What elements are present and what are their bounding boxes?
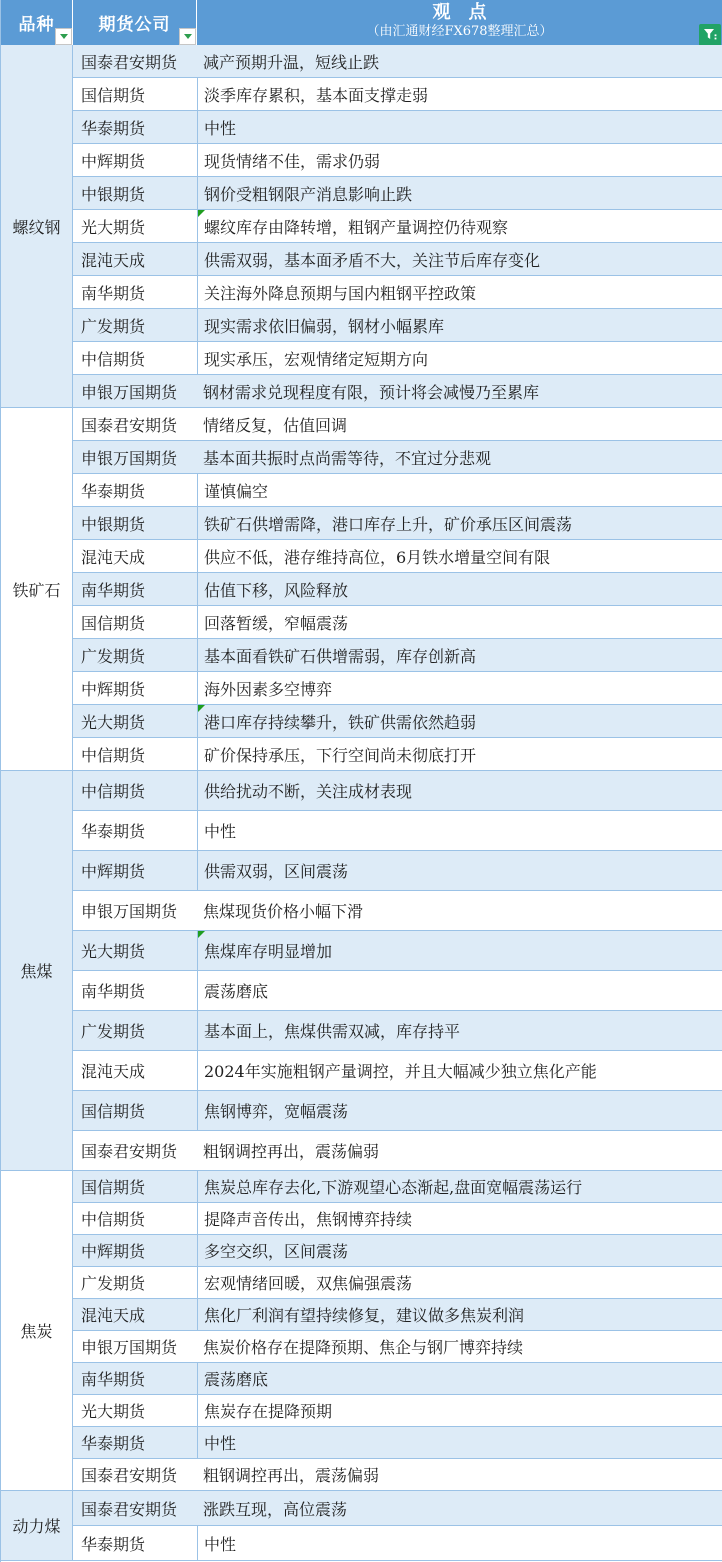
view-cell: 螺纹库存由降转增，粗钢产量调控仍待观察	[197, 210, 722, 243]
company-cell: 南华期货	[73, 573, 197, 606]
company-cell: 中辉期货	[73, 672, 197, 705]
view-cell: 基本面看铁矿石供增需弱，库存创新高	[197, 639, 722, 672]
view-cell: 焦化厂利润有望持续修复，建议做多焦炭利润	[197, 1299, 722, 1331]
company-cell: 国信期货	[73, 1171, 197, 1203]
view-cell: 钢材需求兑现程度有限，预计将会减慢乃至累库	[197, 375, 722, 408]
company-cell: 南华期货	[73, 1363, 197, 1395]
variety-cell: 焦炭	[1, 1171, 73, 1491]
view-cell: 关注海外降息预期与国内粗钢平控政策	[197, 276, 722, 309]
view-cell: 涨跌互现，高位震荡	[197, 1491, 722, 1526]
view-cell: 海外因素多空博弈	[197, 672, 722, 705]
view-cell: 多空交织，区间震荡	[197, 1235, 722, 1267]
view-cell: 提降声音传出，焦钢博弈持续	[197, 1203, 722, 1235]
view-cell: 减产预期升温，短线止跌	[197, 45, 722, 78]
company-cell: 国泰君安期货	[73, 1131, 197, 1171]
view-cell: 钢价受粗钢限产消息影响止跌	[197, 177, 722, 210]
view-cell: 中性	[197, 1526, 722, 1561]
view-cell: 中性	[197, 811, 722, 851]
view-cell: 供应不低，港存维持高位，6月铁水增量空间有限	[197, 540, 722, 573]
company-cell: 中辉期货	[73, 851, 197, 891]
view-cell: 谨慎偏空	[197, 474, 722, 507]
view-cell: 供给扰动不断，关注成材表现	[197, 771, 722, 811]
view-cell: 焦煤库存明显增加	[197, 931, 722, 971]
commodity-group: 螺纹钢国泰君安期货减产预期升温，短线止跌国信期货淡季库存累积，基本面支撑走弱华泰…	[1, 45, 722, 408]
chevron-down-icon	[60, 34, 68, 39]
company-cell: 国泰君安期货	[73, 408, 197, 441]
company-cell: 申银万国期货	[73, 1331, 197, 1363]
company-cell: 华泰期货	[73, 474, 197, 507]
view-cell: 焦炭存在提降预期	[197, 1395, 722, 1427]
view-cell: 中性	[197, 1427, 722, 1459]
variety-cell: 焦煤	[1, 771, 73, 1171]
table-body: 螺纹钢国泰君安期货减产预期升温，短线止跌国信期货淡季库存累积，基本面支撑走弱华泰…	[1, 45, 722, 1561]
view-cell: 粗钢调控再出，震荡偏弱	[197, 1131, 722, 1171]
company-cell: 中信期货	[73, 771, 197, 811]
company-cell: 国信期货	[73, 606, 197, 639]
view-cell: 铁矿石供增需降，港口库存上升，矿价承压区间震荡	[197, 507, 722, 540]
company-cell: 混沌天成	[73, 243, 197, 276]
view-cell: 震荡磨底	[197, 971, 722, 1011]
company-cell: 申银万国期货	[73, 375, 197, 408]
view-header-label: 观 点	[433, 3, 487, 23]
company-cell: 南华期货	[73, 971, 197, 1011]
company-cell: 广发期货	[73, 1011, 197, 1051]
company-cell: 申银万国期货	[73, 891, 197, 931]
variety-cell: 铁矿石	[1, 408, 73, 771]
company-cell: 国泰君安期货	[73, 1491, 197, 1526]
view-cell: 基本面上，焦煤供需双减，库存持平	[197, 1011, 722, 1051]
commodity-group: 焦炭国信期货焦炭总库存去化,下游观望心态渐起,盘面宽幅震荡运行中信期货提降声音传…	[1, 1171, 722, 1491]
company-cell: 中银期货	[73, 507, 197, 540]
futures-opinion-table: 品种 期货公司 观 点 （由汇通财经FX678整理汇总） 螺纹钢国泰君安期货减产…	[0, 0, 722, 1562]
view-cell: 2024年实施粗钢产量调控，并且大幅减少独立焦化产能	[197, 1051, 722, 1091]
view-cell: 估值下移，风险释放	[197, 573, 722, 606]
view-cell: 宏观情绪回暖，双焦偏强震荡	[197, 1267, 722, 1299]
view-cell: 回落暂缓，窄幅震荡	[197, 606, 722, 639]
view-cell: 中性	[197, 111, 722, 144]
company-cell: 中信期货	[73, 342, 197, 375]
company-cell: 中信期货	[73, 1203, 197, 1235]
funnel-glyph	[703, 28, 717, 42]
commodity-group: 焦煤中信期货供给扰动不断，关注成材表现华泰期货中性中辉期货供需双弱，区间震荡申银…	[1, 771, 722, 1171]
company-cell: 国泰君安期货	[73, 45, 197, 78]
header-cell-variety: 品种	[1, 0, 73, 45]
company-header-label: 期货公司	[99, 10, 171, 35]
company-cell: 光大期货	[73, 931, 197, 971]
variety-cell: 螺纹钢	[1, 45, 73, 408]
view-cell: 焦炭总库存去化,下游观望心态渐起,盘面宽幅震荡运行	[197, 1171, 722, 1203]
company-filter-dropdown[interactable]	[179, 28, 196, 45]
chevron-down-icon	[184, 34, 192, 39]
company-cell: 光大期货	[73, 705, 197, 738]
view-header-subtitle: （由汇通财经FX678整理汇总）	[366, 23, 552, 40]
company-cell: 国泰君安期货	[73, 1459, 197, 1491]
company-cell: 混沌天成	[73, 540, 197, 573]
view-cell: 供需双弱，基本面矛盾不大，关注节后库存变化	[197, 243, 722, 276]
view-cell: 粗钢调控再出，震荡偏弱	[197, 1459, 722, 1491]
view-cell: 现实承压，宏观情绪定短期方向	[197, 342, 722, 375]
company-cell: 华泰期货	[73, 111, 197, 144]
company-cell: 国信期货	[73, 1091, 197, 1131]
company-cell: 广发期货	[73, 309, 197, 342]
view-cell: 矿价保持承压，下行空间尚未彻底打开	[197, 738, 722, 771]
company-cell: 广发期货	[73, 1267, 197, 1299]
company-cell: 华泰期货	[73, 811, 197, 851]
view-cell: 焦煤现货价格小幅下滑	[197, 891, 722, 931]
company-cell: 光大期货	[73, 1395, 197, 1427]
view-cell: 震荡磨底	[197, 1363, 722, 1395]
company-cell: 华泰期货	[73, 1526, 197, 1561]
view-cell: 现货情绪不佳，需求仍弱	[197, 144, 722, 177]
variety-cell: 动力煤	[1, 1491, 73, 1561]
view-cell: 焦钢博弈，宽幅震荡	[197, 1091, 722, 1131]
commodity-group: 动力煤国泰君安期货涨跌互现，高位震荡华泰期货中性	[1, 1491, 722, 1561]
view-cell: 焦炭价格存在提降预期、焦企与钢厂博弈持续	[197, 1331, 722, 1363]
filter-funnel-icon[interactable]	[699, 24, 721, 46]
header-cell-view: 观 点 （由汇通财经FX678整理汇总）	[197, 0, 722, 45]
company-cell: 申银万国期货	[73, 441, 197, 474]
company-cell: 国信期货	[73, 78, 197, 111]
company-cell: 中辉期货	[73, 144, 197, 177]
view-cell: 基本面共振时点尚需等待，不宜过分悲观	[197, 441, 722, 474]
view-cell: 淡季库存累积，基本面支撑走弱	[197, 78, 722, 111]
company-cell: 中银期货	[73, 177, 197, 210]
commodity-group: 铁矿石国泰君安期货情绪反复，估值回调申银万国期货基本面共振时点尚需等待，不宜过分…	[1, 408, 722, 771]
company-cell: 广发期货	[73, 639, 197, 672]
table-header: 品种 期货公司 观 点 （由汇通财经FX678整理汇总）	[1, 0, 722, 45]
company-cell: 中辉期货	[73, 1235, 197, 1267]
header-cell-company: 期货公司	[73, 0, 197, 45]
company-cell: 混沌天成	[73, 1299, 197, 1331]
variety-filter-dropdown[interactable]	[55, 28, 72, 45]
view-cell: 情绪反复，估值回调	[197, 408, 722, 441]
view-cell: 供需双弱，区间震荡	[197, 851, 722, 891]
view-cell: 港口库存持续攀升，铁矿供需依然趋弱	[197, 705, 722, 738]
company-cell: 光大期货	[73, 210, 197, 243]
company-cell: 中信期货	[73, 738, 197, 771]
view-cell: 现实需求依旧偏弱，钢材小幅累库	[197, 309, 722, 342]
company-cell: 南华期货	[73, 276, 197, 309]
variety-header-label: 品种	[19, 10, 55, 35]
company-cell: 华泰期货	[73, 1427, 197, 1459]
company-cell: 混沌天成	[73, 1051, 197, 1091]
